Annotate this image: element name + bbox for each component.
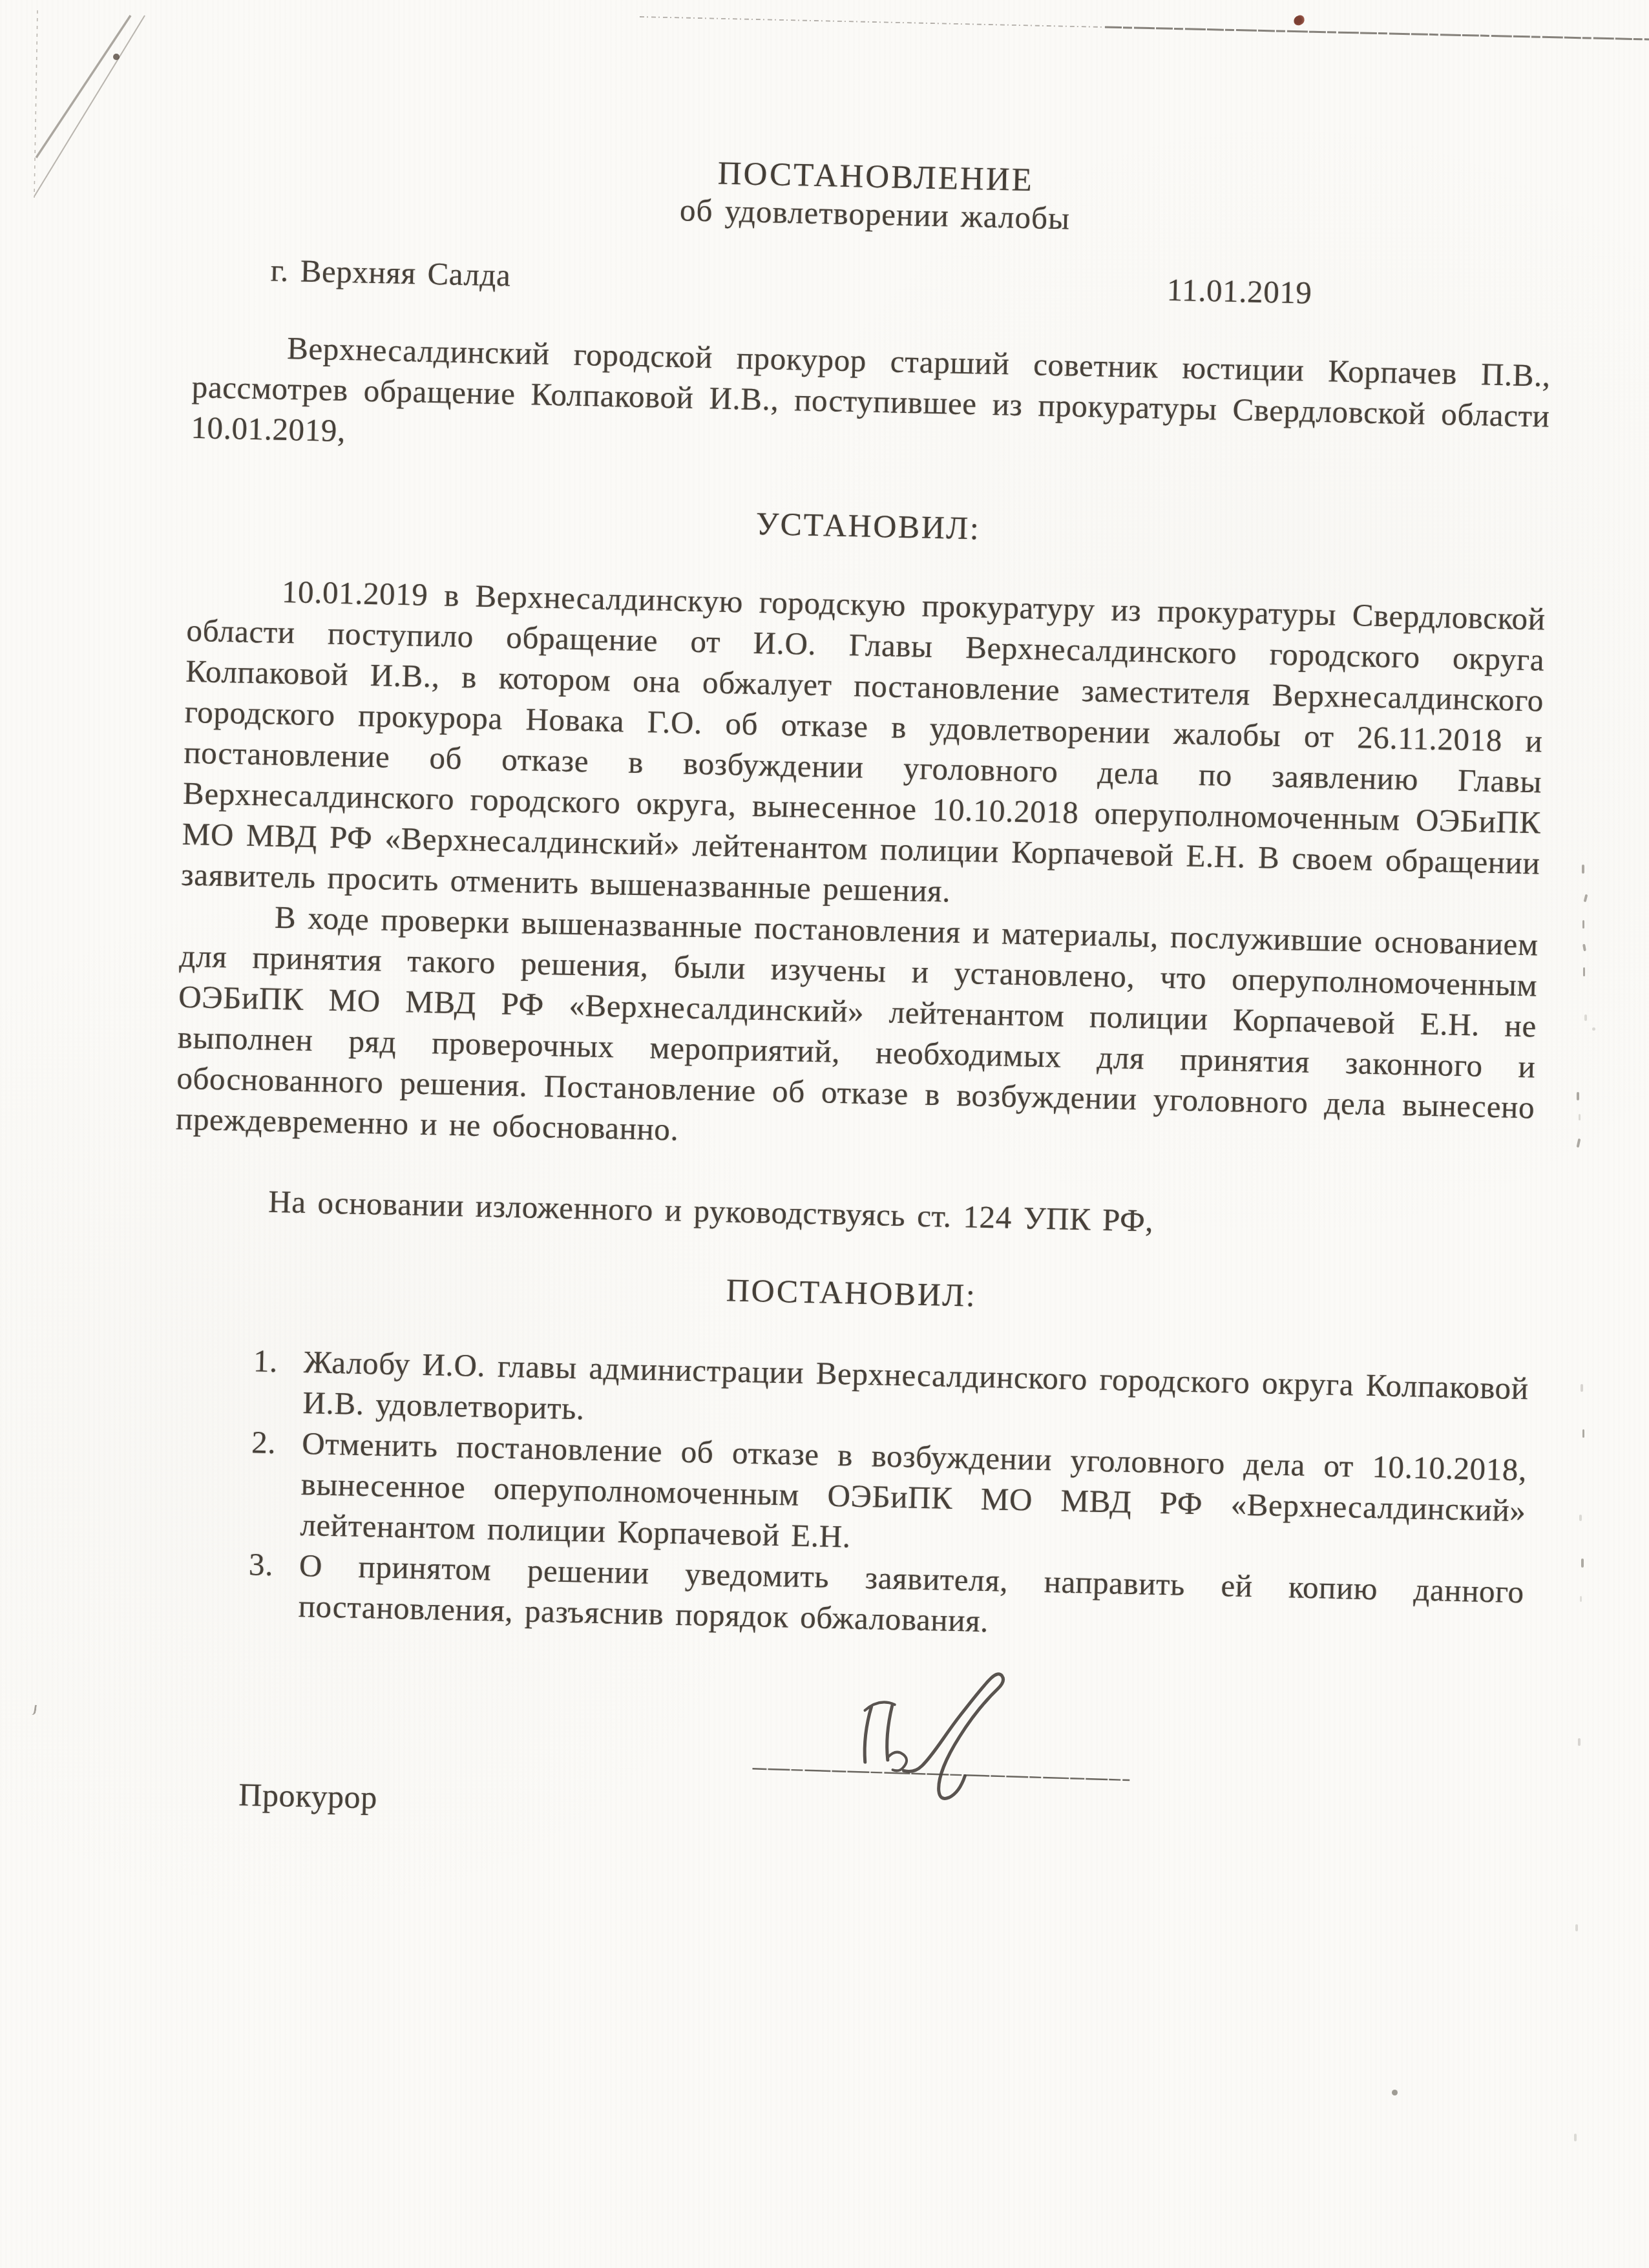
resolution-item-number: 2. bbox=[251, 1422, 302, 1464]
resolution-item-number: 1. bbox=[253, 1340, 304, 1382]
preamble-paragraph: Верхнесалдинский городской прокурор стар… bbox=[191, 326, 1551, 478]
established-heading: УСТАНОВИЛ: bbox=[189, 491, 1548, 562]
resolved-heading: ПОСТАНОВИЛ: bbox=[172, 1258, 1531, 1328]
established-paragraph-2: В ходе проверки вышеназванные постановле… bbox=[176, 895, 1539, 1169]
document-date: 11.01.2019 bbox=[1166, 269, 1312, 313]
resolution-item-number: 3. bbox=[249, 1544, 300, 1586]
signature-icon bbox=[742, 1641, 1146, 1811]
scan-corner-crease bbox=[18, 5, 167, 212]
prosecutor-signature bbox=[742, 1641, 1146, 1811]
resolution-list: 1. Жалобу И.О. главы администрации Верхн… bbox=[165, 1339, 1529, 1654]
established-paragraph-1: 10.01.2019 в Верхнесалдинскую городскую … bbox=[181, 569, 1546, 925]
scan-speck bbox=[29, 1704, 37, 1715]
scanned-document-page: ПОСТАНОВЛЕНИЕ об удовлетворении жалобы г… bbox=[0, 0, 1649, 2268]
place-date-row: г. Верхняя Салда 11.01.2019 bbox=[194, 248, 1553, 319]
signatory-role-label: Прокурор bbox=[238, 1774, 378, 1818]
document-body: ПОСТАНОВЛЕНИЕ об удовлетворении жалобы г… bbox=[151, 0, 1558, 2268]
legal-basis-paragraph: На основании изложенного и руководствуяс… bbox=[174, 1179, 1533, 1250]
document-place: г. Верхняя Салда bbox=[270, 249, 511, 295]
